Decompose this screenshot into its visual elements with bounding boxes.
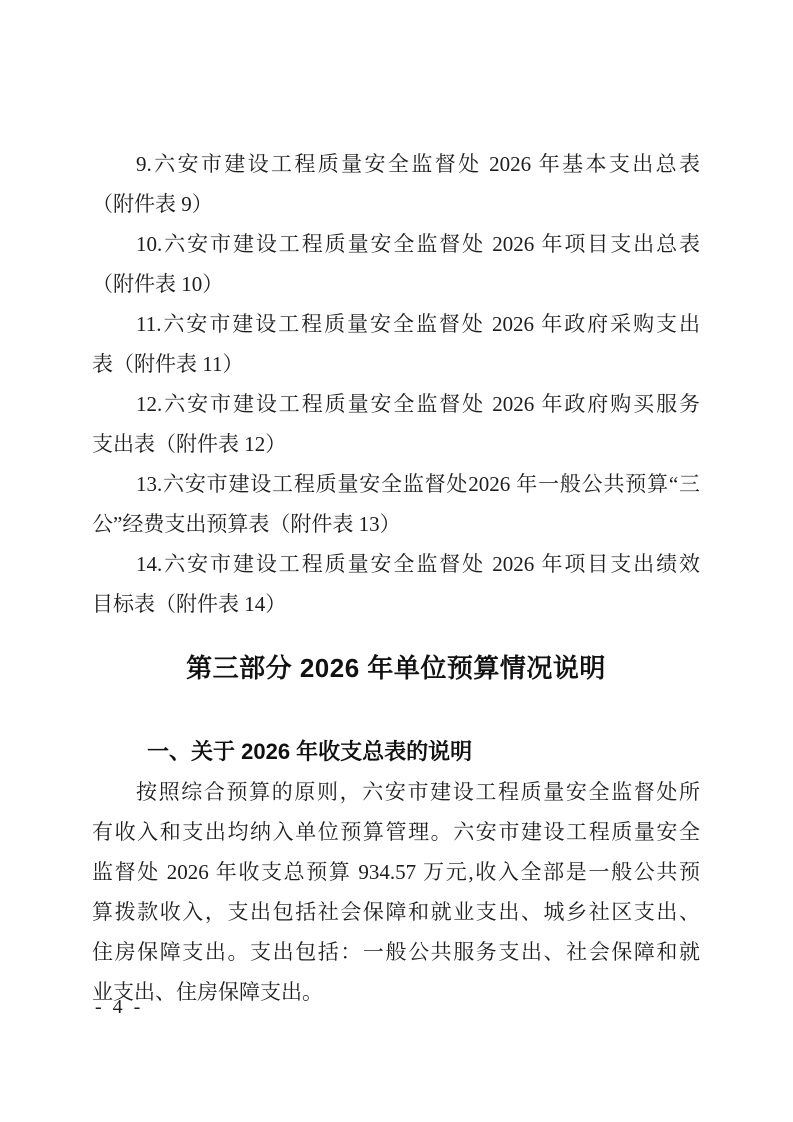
attachment-item-line: 支出表（附件表 12） [92, 424, 700, 464]
document-page: 9.六安市建设工程质量安全监督处 2026 年基本支出总表 （附件表 9） 10… [0, 0, 793, 1122]
attachment-item-9: 9.六安市建设工程质量安全监督处 2026 年基本支出总表 （附件表 9） [92, 144, 700, 224]
attachment-item-line: 9.六安市建设工程质量安全监督处 2026 年基本支出总表 [92, 144, 700, 184]
attachment-item-line: 公”经费支出预算表（附件表 13） [92, 504, 700, 544]
paragraph-line: 有收入和支出均纳入单位预算管理。六安市建设工程质量安全 [92, 812, 700, 852]
attachment-item-13: 13.六安市建设工程质量安全监督处2026 年一般公共预算“三 公”经费支出预算… [92, 464, 700, 544]
subsection-heading: 一、关于 2026 年收支总表的说明 [92, 732, 700, 772]
paragraph-line: 按照综合预算的原则，六安市建设工程质量安全监督处所 [92, 772, 700, 812]
summary-paragraph: 按照综合预算的原则，六安市建设工程质量安全监督处所 有收入和支出均纳入单位预算管… [92, 772, 700, 1012]
attachment-item-line: （附件表 10） [92, 264, 700, 304]
attachment-item-line: 13.六安市建设工程质量安全监督处2026 年一般公共预算“三 [92, 464, 700, 504]
section-heading: 第三部分 2026 年单位预算情况说明 [92, 650, 700, 686]
attachment-item-line: 12.六安市建设工程质量安全监督处 2026 年政府购买服务 [92, 384, 700, 424]
paragraph-line: 算拨款收入，支出包括社会保障和就业支出、城乡社区支出、 [92, 892, 700, 932]
paragraph-line: 业支出、住房保障支出。 [92, 972, 700, 1012]
attachment-item-line: 14.六安市建设工程质量安全监督处 2026 年项目支出绩效 [92, 544, 700, 584]
paragraph-line: 住房保障支出。支出包括：一般公共服务支出、社会保障和就 [92, 932, 700, 972]
attachment-item-line: （附件表 9） [92, 184, 700, 224]
attachment-item-14: 14.六安市建设工程质量安全监督处 2026 年项目支出绩效 目标表（附件表 1… [92, 544, 700, 624]
attachment-item-line: 表（附件表 11） [92, 344, 700, 384]
attachment-item-10: 10.六安市建设工程质量安全监督处 2026 年项目支出总表 （附件表 10） [92, 224, 700, 304]
attachment-item-12: 12.六安市建设工程质量安全监督处 2026 年政府购买服务 支出表（附件表 1… [92, 384, 700, 464]
attachment-item-line: 10.六安市建设工程质量安全监督处 2026 年项目支出总表 [92, 224, 700, 264]
attachment-list: 9.六安市建设工程质量安全监督处 2026 年基本支出总表 （附件表 9） 10… [92, 144, 700, 624]
document-content: 9.六安市建设工程质量安全监督处 2026 年基本支出总表 （附件表 9） 10… [92, 144, 700, 1012]
paragraph-line: 监督处 2026 年收支总预算 934.57 万元,收入全部是一般公共预 [92, 852, 700, 892]
attachment-item-line: 11.六安市建设工程质量安全监督处 2026 年政府采购支出 [92, 304, 700, 344]
attachment-item-line: 目标表（附件表 14） [92, 584, 700, 624]
attachment-item-11: 11.六安市建设工程质量安全监督处 2026 年政府采购支出 表（附件表 11） [92, 304, 700, 384]
page-number: - 4 - [95, 993, 143, 1021]
